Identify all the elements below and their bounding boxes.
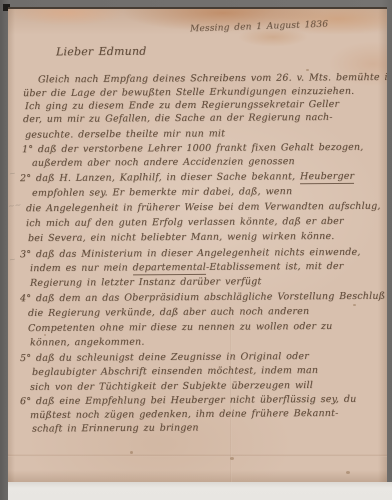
age-spot [44, 334, 46, 336]
handwriting-line: beglaubigter Abschrift einsenden möchtes… [32, 365, 318, 378]
handwriting-line: über die Lage der bewußten Stelle Erkund… [23, 86, 354, 99]
handwriting-line: bei Severa, ein nicht beliebter Mann, we… [28, 231, 335, 244]
letter-paper: ~ ~~ ~ Messing den 1 August 1836 Lieber … [8, 7, 387, 482]
margin-pencil-mark: ~ [8, 169, 16, 179]
handwriting-line-item2: 2° daß H. Lanzen, Kaplhilf, in dieser Sa… [20, 171, 354, 184]
scan-background: ~ ~~ ~ Messing den 1 August 1836 Lieber … [0, 0, 392, 500]
handwriting-line: sich von der Tüchtigkeit der Subjekte üb… [30, 380, 313, 393]
handwriting-line-item3: 3° daß das Ministerium in dieser Angeleg… [20, 247, 361, 260]
handwriting-line: müßtest noch zügen gedenken, ihm deine f… [30, 408, 339, 421]
item3-text: -Etablissement ist, mit der [206, 261, 344, 273]
handwriting-line: gesuchte. derselbe theilte mir nun mit [25, 128, 225, 140]
handwriting-line: können, angekommen. [30, 337, 145, 349]
item2-text: 2° daß H. Lanzen, Kaplhilf, in dieser Sa… [20, 171, 300, 184]
handwriting-line-item6: 6° daß eine Empfehlung bei Heuberger nic… [20, 394, 356, 407]
margin-pencil-mark: ~~ [8, 200, 22, 211]
handwriting-line: die Regierung verkünde, daß aber auch no… [28, 306, 309, 319]
handwriting-line-item4: 4° daß dem an das Oberpräsidium abschläg… [20, 291, 385, 305]
handwriting-line-item1: 1° daß der verstorbene Lehrer 1000 frank… [22, 142, 364, 155]
handwriting-line: empfohlen sey. Er bemerkte mir dabei, da… [32, 186, 292, 199]
handwriting-line: Competenten ohne mir diese zu nennen zu … [28, 321, 332, 334]
handwriting-line-item5: 5° daß du schleunigst deine Zeugnisse in… [20, 351, 309, 364]
age-spot [130, 451, 133, 454]
letter-dateline: Messing den 1 August 1836 [190, 20, 329, 36]
handwriting-line: Gleich nach Empfang deines Schreibens vo… [38, 72, 387, 86]
handwriting-line: schaft in Erinnerung zu bringen [32, 422, 199, 434]
handwriting-line: ich mich auf den guten Erfolg verlassen … [26, 216, 344, 229]
handwriting-line: Ich ging zu diesem Ende zu dem Regierung… [25, 99, 339, 112]
age-spot [230, 457, 234, 460]
handwriting-line: der, um mir zu Gefallen, die Sache an de… [23, 112, 333, 125]
handwriting-line: außerdem aber noch andere Accidenzien ge… [32, 156, 295, 169]
handwriting-line: die Angelegenheit in früherer Weise bei … [26, 201, 381, 214]
scanner-bottom-strip [8, 482, 392, 500]
item3-text: indem es nur mein [30, 262, 133, 274]
underlined-word: Heuberger [300, 171, 354, 184]
letter-salutation: Lieber Edmund [56, 46, 147, 58]
age-spot [346, 471, 350, 474]
margin-pencil-mark: ~ [8, 255, 16, 265]
handwriting-line: indem es nur mein departemental-Etabliss… [30, 261, 344, 274]
age-spot [306, 69, 309, 71]
underlined-word: departemental [133, 262, 206, 275]
horizontal-fold-crease [8, 454, 387, 457]
handwriting-line: Regierung in letzter Instanz darüber ver… [30, 276, 262, 289]
age-spot [353, 304, 356, 306]
